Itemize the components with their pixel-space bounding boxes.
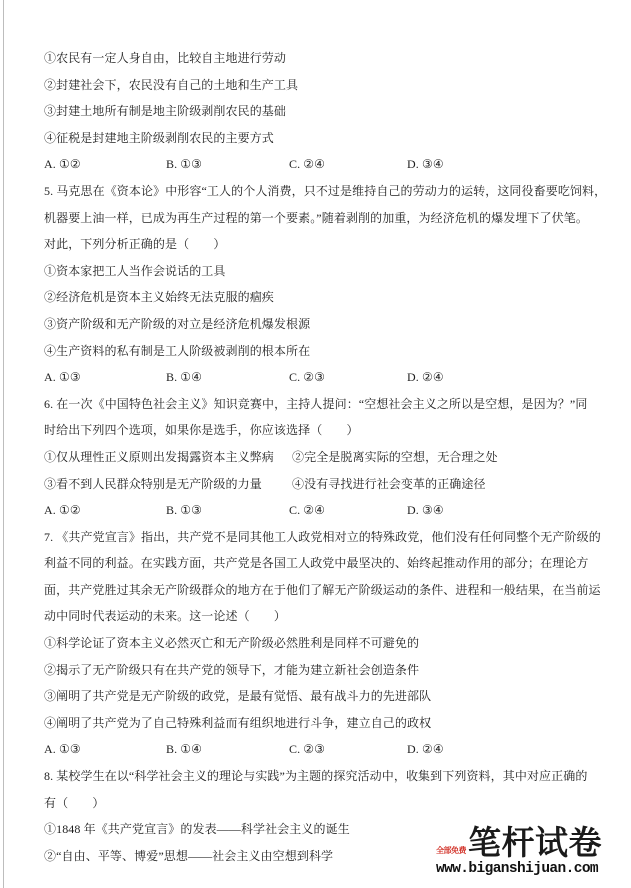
q6-choice-b: B. ①③ bbox=[166, 497, 289, 524]
q7-stem-line-3: 面，共产党胜过其余无产阶级群众的地方在于他们了解无产阶级运动的条件、进程和一般结… bbox=[44, 577, 592, 604]
q6-option-4: ④没有寻找进行社会变革的正确途径 bbox=[292, 471, 592, 498]
exam-page-scan: ①农民有一定人身自由，比较自主地进行劳动 ②封建社会下，农民没有自己的土地和生产… bbox=[0, 0, 631, 888]
q7-option-2: ②揭示了无产阶级只有在共产党的领导下，才能为建立新社会创造条件 bbox=[44, 657, 592, 684]
q5-choice-b: B. ①④ bbox=[166, 364, 289, 391]
q8-stem-line-2: 有（ ） bbox=[44, 790, 592, 817]
q7-choice-d: D. ②④ bbox=[407, 736, 592, 763]
watermark-top-row: 全部免费 笔杆试卷 bbox=[436, 828, 616, 861]
q5-option-1: ①资本家把工人当作会说话的工具 bbox=[44, 258, 592, 285]
q7-stem-line-2: 利益不同的利益。在实践方面，共产党是各国工人政党中最坚决的、始终起推动作用的部分… bbox=[44, 550, 592, 577]
page-edge-line bbox=[3, 0, 4, 888]
q6-option-3: ③看不到人民群众特别是无产阶级的力量 bbox=[44, 471, 292, 498]
watermark: 全部免费 笔杆试卷 www.biganshijuan.com bbox=[436, 828, 616, 877]
q5-option-2: ②经济危机是资本主义始终无法克服的痼疾 bbox=[44, 284, 592, 311]
watermark-brand: 笔杆试卷 bbox=[468, 828, 602, 861]
exam-content: ①农民有一定人身自由，比较自主地进行劳动 ②封建社会下，农民没有自己的土地和生产… bbox=[44, 45, 592, 869]
q5-stem-line-1: 5. 马克思在《资本论》中形容“工人的个人消费，只不过是维持自己的劳动力的运转，… bbox=[44, 178, 592, 205]
watermark-free-label: 全部免费 bbox=[436, 847, 466, 855]
q5-choice-c: C. ②③ bbox=[289, 364, 407, 391]
q4-choice-d: D. ③④ bbox=[407, 151, 592, 178]
q7-option-4: ④阐明了共产党为了自己特殊利益而有组织地进行斗争，建立自己的政权 bbox=[44, 710, 592, 737]
q5-choice-a: A. ①③ bbox=[44, 364, 166, 391]
q4-option-1: ①农民有一定人身自由，比较自主地进行劳动 bbox=[44, 45, 592, 72]
q6-choice-c: C. ②④ bbox=[289, 497, 407, 524]
q6-choice-a: A. ①② bbox=[44, 497, 166, 524]
q6-option-1: ①仅从理性正义原则出发揭露资本主义弊病 bbox=[44, 444, 292, 471]
q5-stem-line-3: 对此，下列分析正确的是（ ） bbox=[44, 231, 592, 258]
q7-option-1: ①科学论证了资本主义必然灭亡和无产阶级必然胜利是同样不可避免的 bbox=[44, 630, 592, 657]
q7-choice-a: A. ①③ bbox=[44, 736, 166, 763]
q4-option-3: ③封建土地所有制是地主阶级剥削农民的基础 bbox=[44, 98, 592, 125]
q8-stem-line-1: 8. 某校学生在以“科学社会主义的理论与实践”为主题的探究活动中，收集到下列资料… bbox=[44, 763, 592, 790]
q4-choice-b: B. ①③ bbox=[166, 151, 289, 178]
q7-choice-row: A. ①③ B. ①④ C. ②③ D. ②④ bbox=[44, 736, 592, 763]
q4-choice-row: A. ①② B. ①③ C. ②④ D. ③④ bbox=[44, 151, 592, 178]
q6-stem-line-1: 6. 在一次《中国特色社会主义》知识竞赛中，主持人提问：“空想社会主义之所以是空… bbox=[44, 391, 592, 418]
q4-option-4: ④征税是封建地主阶级剥削农民的主要方式 bbox=[44, 125, 592, 152]
q6-option-2: ②完全是脱离实际的空想，无合理之处 bbox=[292, 444, 592, 471]
q7-choice-b: B. ①④ bbox=[166, 736, 289, 763]
q6-choice-d: D. ③④ bbox=[407, 497, 592, 524]
q4-choice-c: C. ②④ bbox=[289, 151, 407, 178]
q7-choice-c: C. ②③ bbox=[289, 736, 407, 763]
q6-choice-row: A. ①② B. ①③ C. ②④ D. ③④ bbox=[44, 497, 592, 524]
q7-stem-line-4: 动中同时代表运动的未来。这一论述（ ） bbox=[44, 603, 592, 630]
q5-choice-row: A. ①③ B. ①④ C. ②③ D. ②④ bbox=[44, 364, 592, 391]
q6-option-row-2: ③看不到人民群众特别是无产阶级的力量 ④没有寻找进行社会变革的正确途径 bbox=[44, 471, 592, 498]
q5-option-4: ④生产资料的私有制是工人阶级被剥削的根本所在 bbox=[44, 338, 592, 365]
q7-stem-line-1: 7. 《共产党宣言》指出，共产党不是同其他工人政党相对立的特殊政党，他们没有任何… bbox=[44, 524, 592, 551]
q4-option-2: ②封建社会下，农民没有自己的土地和生产工具 bbox=[44, 72, 592, 99]
q5-option-3: ③资产阶级和无产阶级的对立是经济危机爆发根源 bbox=[44, 311, 592, 338]
q5-stem-line-2: 机器要上油一样，已成为再生产过程的第一个要素。”随着剥削的加重，为经济危机的爆发… bbox=[44, 205, 592, 232]
q4-choice-a: A. ①② bbox=[44, 151, 166, 178]
q5-choice-d: D. ②④ bbox=[407, 364, 592, 391]
q6-option-row-1: ①仅从理性正义原则出发揭露资本主义弊病 ②完全是脱离实际的空想，无合理之处 bbox=[44, 444, 592, 471]
q7-option-3: ③阐明了共产党是无产阶级的政党，是最有觉悟、最有战斗力的先进部队 bbox=[44, 683, 592, 710]
q6-stem-line-2: 时给出下列四个选项，如果你是选手，你应该选择（ ） bbox=[44, 417, 592, 444]
watermark-url: www.biganshijuan.com bbox=[436, 862, 616, 877]
